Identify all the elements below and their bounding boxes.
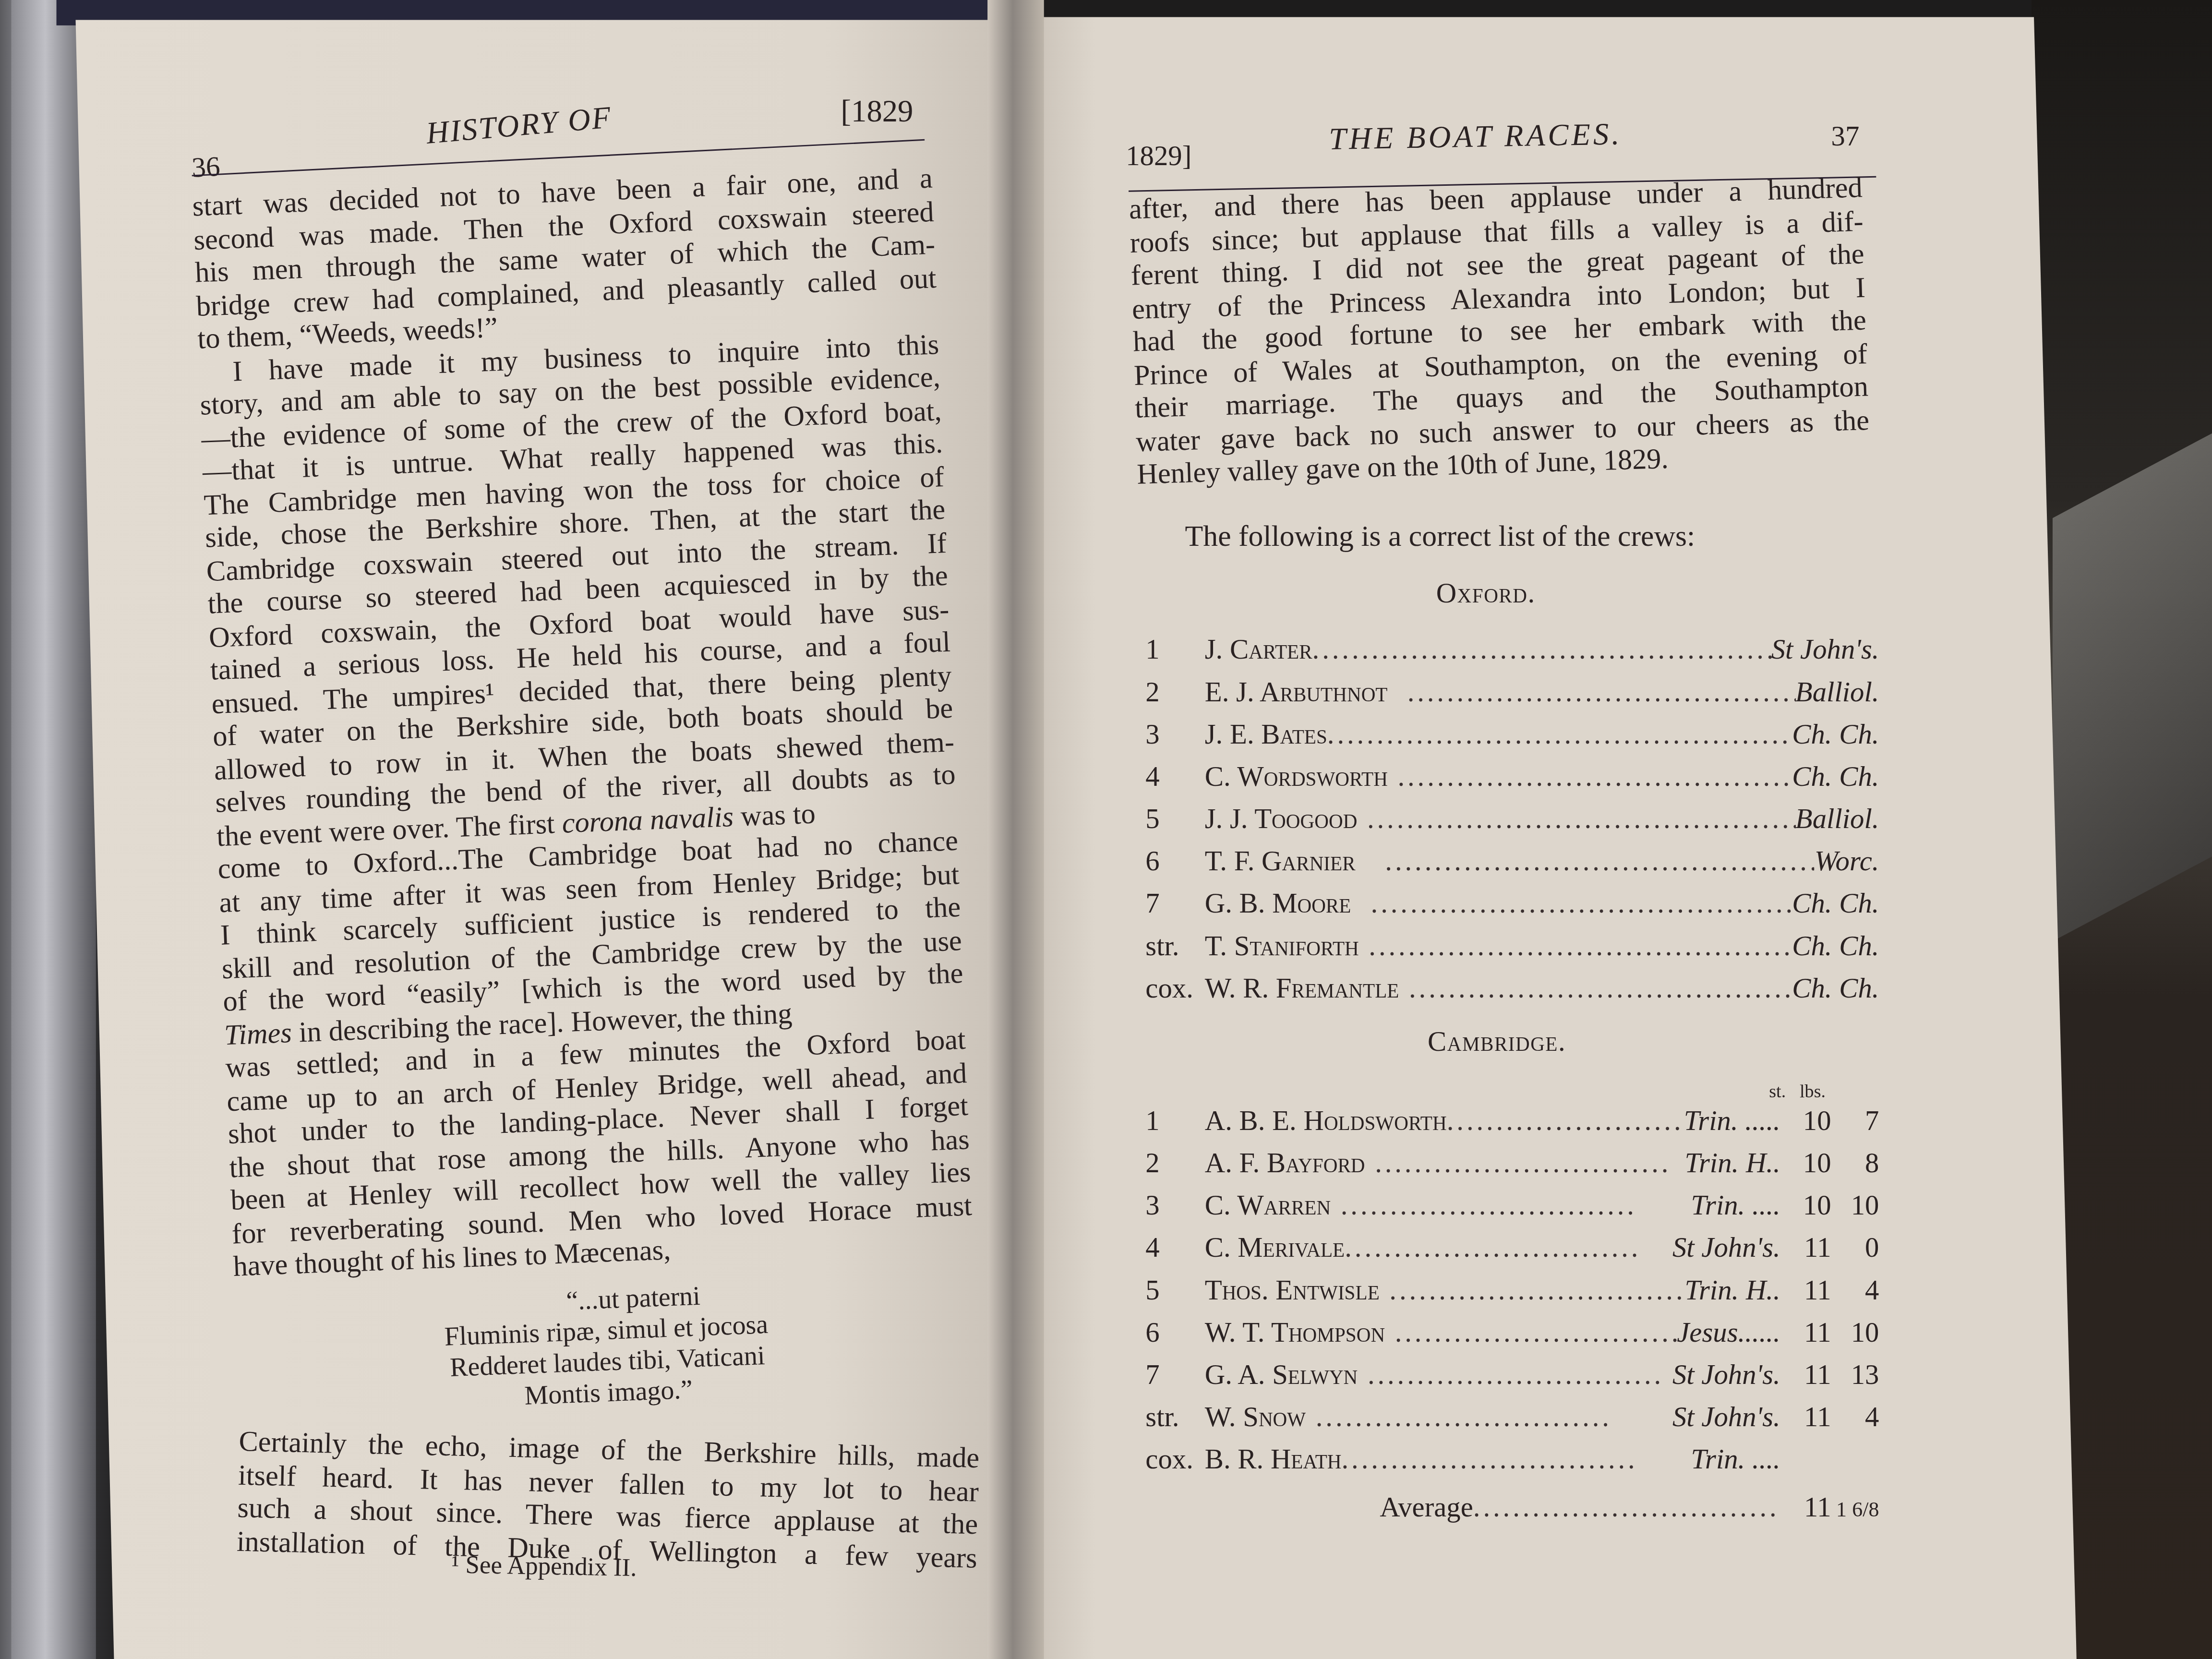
leader-dots: ........................................… bbox=[1388, 762, 1792, 794]
college: Ch. Ch. bbox=[1792, 889, 1879, 921]
oxford-crew-row: 7G. B. Moore ...........................… bbox=[1145, 889, 1879, 928]
cambridge-crew-row: 1A. B. E. Holdsworth....................… bbox=[1145, 1106, 1879, 1145]
leader-dots: .............................. bbox=[1380, 1275, 1685, 1308]
cambridge-crew-row: 5Thos. Entwisle ........................… bbox=[1145, 1275, 1879, 1315]
rower-name: J. E. Bates bbox=[1205, 720, 1327, 752]
rower-name: G. A. Selwyn bbox=[1205, 1360, 1358, 1393]
leader-dots: ........................................… bbox=[1399, 974, 1792, 1006]
stone-header: st. bbox=[1769, 1081, 1786, 1102]
oxford-crew-row: 1J. Carter..............................… bbox=[1145, 635, 1879, 674]
seat: 1 bbox=[1145, 1106, 1204, 1139]
seat: 2 bbox=[1145, 1148, 1204, 1181]
cambridge-crew-row: 6W. T. Thompson ........................… bbox=[1145, 1318, 1879, 1357]
footnote: ¹ See Appendix II. bbox=[451, 1550, 637, 1583]
leader-dots: .............................. bbox=[1306, 1402, 1672, 1435]
leader-dots: .............................. bbox=[1447, 1106, 1684, 1139]
rower-name: C. Merivale bbox=[1205, 1233, 1345, 1266]
book-photo: 36 HISTORY OF [1829 start was decided no… bbox=[0, 0, 2212, 1659]
cambridge-crew-row: 3C. Warren .............................… bbox=[1145, 1190, 1879, 1230]
rower-name: G. B. Moore bbox=[1205, 889, 1351, 921]
cambridge-heading: Cambridge. bbox=[1428, 1027, 1566, 1059]
college: Ch. Ch. bbox=[1792, 762, 1879, 794]
rower-name: W. Snow bbox=[1205, 1402, 1306, 1435]
body-text: start was decided not to have been a fai… bbox=[192, 163, 985, 1558]
weight-stone: 11 bbox=[1780, 1402, 1831, 1435]
rower-name: Thos. Entwisle bbox=[1205, 1275, 1380, 1308]
seat: 2 bbox=[1145, 677, 1204, 710]
leader-dots: .............................. bbox=[1345, 1233, 1672, 1266]
leader-dots: ........................................… bbox=[1359, 931, 1792, 964]
leader-dots: ........................................… bbox=[1312, 635, 1771, 667]
weight-lbs: 0 bbox=[1831, 1233, 1879, 1266]
cambridge-crew-row: cox.B. R. Heath.........................… bbox=[1145, 1444, 1879, 1484]
college: Jesus...... bbox=[1677, 1318, 1780, 1350]
rower-name: E. J. Arbuthnot bbox=[1205, 677, 1388, 710]
rower-name: C. Wordsworth bbox=[1205, 762, 1388, 794]
college: Ch. Ch. bbox=[1792, 974, 1879, 1006]
rower-name: W. T. Thompson bbox=[1205, 1318, 1385, 1350]
cambridge-crew-row: 7G. A. Selwyn ..........................… bbox=[1145, 1360, 1879, 1399]
college: Balliol. bbox=[1795, 677, 1879, 710]
weight-stone: 10 bbox=[1780, 1106, 1831, 1139]
rower-name: B. R. Heath bbox=[1205, 1444, 1342, 1477]
college: Trin. H.. bbox=[1684, 1275, 1780, 1308]
college: Balliol. bbox=[1795, 804, 1879, 837]
rower-name: J. J. Toogood bbox=[1205, 804, 1358, 837]
page-number: 36 bbox=[191, 152, 221, 186]
book-gutter bbox=[987, 0, 1044, 1659]
weight-stone: 11 bbox=[1780, 1233, 1831, 1266]
weight-lbs: 4 bbox=[1831, 1275, 1879, 1308]
weight-headers: st. lbs. bbox=[1769, 1081, 1826, 1103]
page-number: 37 bbox=[1831, 121, 1860, 154]
average-stone: 11 bbox=[1780, 1492, 1831, 1525]
college: Ch. Ch. bbox=[1792, 931, 1879, 964]
rower-name: A. B. E. Holdsworth bbox=[1205, 1106, 1447, 1139]
rower-name: T. F. Garnier bbox=[1205, 846, 1356, 879]
college: St John's. bbox=[1672, 1233, 1780, 1266]
weight-stone: 11 bbox=[1780, 1318, 1831, 1350]
oxford-crew-row: cox.W. R. Fremantle ....................… bbox=[1145, 974, 1879, 1013]
weight-stone: 10 bbox=[1780, 1190, 1831, 1223]
oxford-crew-row: 5J. J. Toogood .........................… bbox=[1145, 804, 1879, 843]
college: Trin. H.. bbox=[1684, 1148, 1780, 1181]
weight-stone: 10 bbox=[1780, 1148, 1831, 1181]
italic-phrase: corona navalis bbox=[561, 802, 734, 839]
leader-dots: ........................................… bbox=[1387, 677, 1795, 710]
seat: 5 bbox=[1145, 804, 1204, 837]
college: Trin. .... bbox=[1691, 1190, 1780, 1223]
text-segment: was to bbox=[733, 798, 816, 832]
seat: cox. bbox=[1145, 974, 1204, 1006]
oxford-crew-row: 2E. J. Arbuthnot .......................… bbox=[1145, 677, 1879, 717]
weight-lbs: 7 bbox=[1831, 1106, 1879, 1139]
weight-lbs: 10 bbox=[1831, 1190, 1879, 1223]
seat: str. bbox=[1145, 1402, 1204, 1435]
right-page: 1829] THE BOAT RACES. 37 after, and ther… bbox=[1010, 17, 2077, 1659]
college: St John's. bbox=[1771, 635, 1879, 667]
rower-name: T. Staniforth bbox=[1205, 931, 1359, 964]
weight-lbs: 4 bbox=[1831, 1402, 1879, 1435]
leader-dots: .............................. bbox=[1342, 1444, 1691, 1477]
weight-lbs: 10 bbox=[1831, 1318, 1879, 1350]
college: Trin. .... bbox=[1691, 1444, 1780, 1477]
weight-lbs: 8 bbox=[1831, 1148, 1879, 1181]
cambridge-crew-row: 2A. F. Bayford .........................… bbox=[1145, 1148, 1879, 1188]
leader-dots: ........................................… bbox=[1473, 1492, 1780, 1525]
college: Worc. bbox=[1815, 846, 1879, 879]
seat: str. bbox=[1145, 931, 1204, 964]
leader-dots: ........................................… bbox=[1356, 846, 1815, 879]
year-marker: [1829 bbox=[841, 93, 914, 130]
leader-dots: .............................. bbox=[1358, 1360, 1672, 1393]
rower-name: J. Carter bbox=[1205, 635, 1312, 667]
pounds-header: lbs. bbox=[1800, 1081, 1826, 1102]
seat: 7 bbox=[1145, 889, 1204, 921]
body-text: after, and there has been applause under… bbox=[1129, 173, 1871, 493]
weight-stone: 11 bbox=[1780, 1275, 1831, 1308]
italic-phrase: Times bbox=[224, 1018, 292, 1051]
seat: 4 bbox=[1145, 762, 1204, 794]
oxford-crew-row: 3J. E. Bates............................… bbox=[1145, 720, 1879, 759]
oxford-heading: Oxford. bbox=[1436, 578, 1536, 611]
oxford-crew-row: str.T. Staniforth ......................… bbox=[1145, 931, 1879, 971]
seat: 6 bbox=[1145, 846, 1204, 879]
average-lbs: 1 6/8 bbox=[1831, 1500, 1879, 1524]
weight-stone: 11 bbox=[1780, 1360, 1831, 1393]
average-label: Average bbox=[1380, 1492, 1473, 1525]
weight-lbs: 13 bbox=[1831, 1360, 1879, 1393]
year-marker: 1829] bbox=[1126, 141, 1191, 174]
leader-dots: ........................................… bbox=[1327, 720, 1792, 752]
running-head: HISTORY OF bbox=[425, 99, 613, 152]
cambridge-crew-row: str.W. Snow ............................… bbox=[1145, 1402, 1879, 1442]
seat: 1 bbox=[1145, 635, 1204, 667]
running-head: THE BOAT RACES. bbox=[1329, 116, 1623, 158]
seat: 7 bbox=[1145, 1360, 1204, 1393]
college: St John's. bbox=[1672, 1360, 1780, 1393]
left-page: 36 HISTORY OF [1829 start was decided no… bbox=[57, 20, 1016, 1659]
college: St John's. bbox=[1672, 1402, 1780, 1435]
seat: 6 bbox=[1145, 1318, 1204, 1350]
cambridge-crew-row: 4C. Merivale............................… bbox=[1145, 1233, 1879, 1273]
rower-name: W. R. Fremantle bbox=[1205, 974, 1399, 1006]
crew-list-intro: The following is a correct list of the c… bbox=[1185, 519, 1695, 554]
horace-quote: “...ut paterni Fluminis ripæ, simul et j… bbox=[234, 1271, 979, 1423]
rower-name: A. F. Bayford bbox=[1205, 1148, 1365, 1181]
seat: cox. bbox=[1145, 1444, 1204, 1477]
average-row: Average.................................… bbox=[1380, 1492, 1879, 1532]
leader-dots: ........................................… bbox=[1357, 804, 1795, 837]
leader-dots: .............................. bbox=[1331, 1190, 1691, 1223]
leader-dots: ........................................… bbox=[1351, 889, 1792, 921]
seat: 3 bbox=[1145, 1190, 1204, 1223]
seat: 5 bbox=[1145, 1275, 1204, 1308]
leader-dots: .............................. bbox=[1385, 1318, 1677, 1350]
rower-name: C. Warren bbox=[1205, 1190, 1331, 1223]
leader-dots: .............................. bbox=[1365, 1148, 1685, 1181]
seat: 4 bbox=[1145, 1233, 1204, 1266]
college: Trin. ..... bbox=[1684, 1106, 1780, 1139]
college: Ch. Ch. bbox=[1792, 720, 1879, 752]
seat: 3 bbox=[1145, 720, 1204, 752]
oxford-crew-row: 4C. Wordsworth .........................… bbox=[1145, 762, 1879, 801]
oxford-crew-row: 6T. F. Garnier .........................… bbox=[1145, 846, 1879, 886]
